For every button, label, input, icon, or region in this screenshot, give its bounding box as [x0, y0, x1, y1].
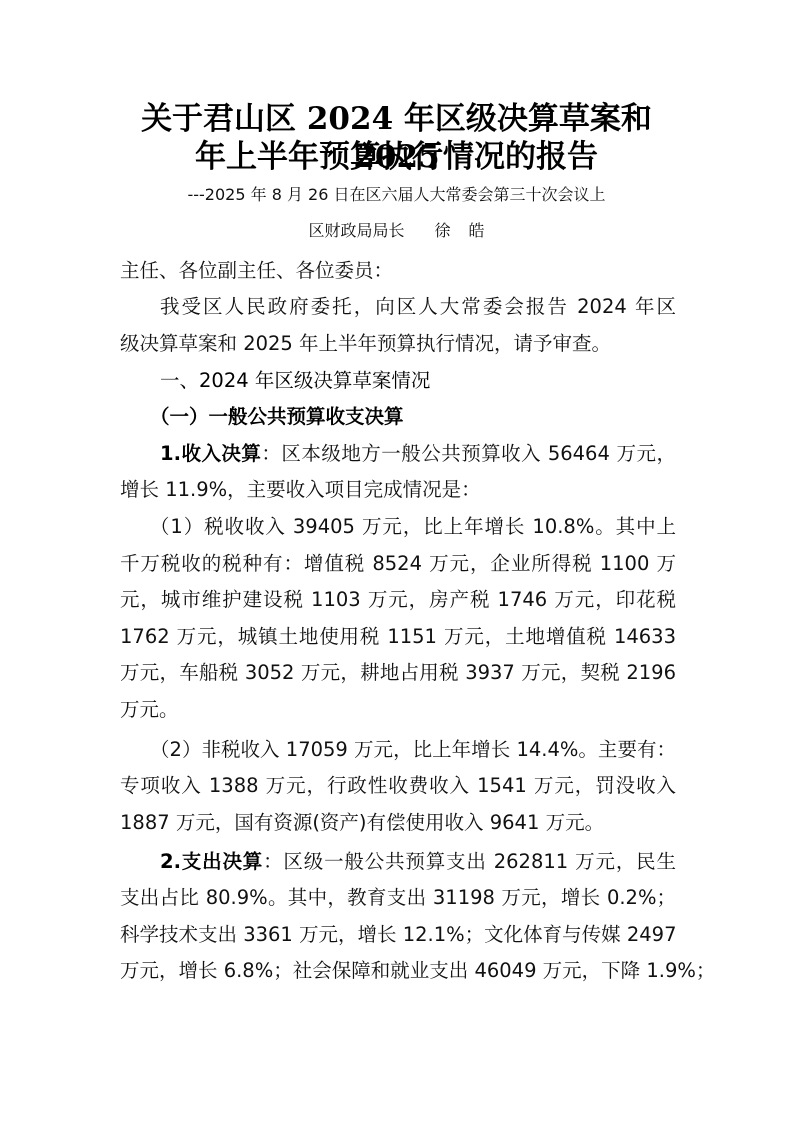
section-heading-1: 一、2024 年区级决算草案情况 [160, 365, 430, 393]
document-page: 关于君山区 2024 年区级决算草案和 2025 年上半年预算执行情况的报告 -… [0, 0, 793, 1122]
income-label: 1.收入决算 [160, 442, 261, 465]
income-line-1-text: ：区本级地方一般公共预算收入 56464 万元， [261, 442, 676, 465]
expenditure-label: 2.支出决算 [160, 850, 263, 873]
expenditure-line-2: 支出占比 80.9%。其中，教育支出 31198 万元，增长 0.2%； [120, 882, 676, 910]
intro-line-1: 我受区人民政府委托，向区人大常委会报告 2024 年区 [160, 291, 676, 319]
tax-income-line-6: 万元。 [120, 694, 676, 722]
meeting-subtitle: ---2025 年 8 月 26 日在区六届人大常委会第三十次会议上 [100, 183, 693, 207]
author-name-part-1: 徐 [434, 221, 450, 240]
intro-line-2: 级决算草案和 2025 年上半年预算执行情况，请予审查。 [120, 328, 676, 356]
tax-income-line-1: （1）税收收入 39405 万元，比上年增长 10.8%。其中上 [150, 511, 676, 539]
expenditure-line-1-text: ：区级一般公共预算支出 262811 万元，民生 [263, 850, 676, 873]
author-line: 区财政局局长徐皓 [100, 219, 693, 243]
income-line-1: 1.收入决算：区本级地方一般公共预算收入 56464 万元， [160, 438, 676, 466]
subsection-heading-1: （一）一般公共预算收支决算 [150, 401, 404, 429]
tax-income-line-3: 元，城市维护建设税 1103 万元，房产税 1746 万元，印花税 [120, 584, 676, 612]
tax-income-line-2: 千万税收的税种有：增值税 8524 万元，企业所得税 1100 万 [120, 548, 676, 576]
tax-income-line-4: 1762 万元，城镇土地使用税 1151 万元，土地增值税 14633 [120, 621, 676, 649]
nontax-income-line-1: （2）非税收入 17059 万元，比上年增长 14.4%。主要有： [150, 734, 676, 762]
nontax-income-line-2: 专项收入 1388 万元，行政性收费收入 1541 万元，罚没收入 [120, 770, 676, 798]
author-name-part-2: 皓 [469, 221, 485, 240]
income-line-2: 增长 11.9%，主要收入项目完成情况是： [120, 474, 676, 502]
report-title-line-2: 年上半年预算执行情况的报告 [100, 138, 693, 176]
tax-income-line-5: 万元，车船税 3052 万元，耕地占用税 3937 万元，契税 2196 [120, 657, 676, 685]
expenditure-line-4: 万元，增长 6.8%；社会保障和就业支出 46049 万元，下降 1.9%； [120, 955, 676, 983]
author-role: 区财政局局长 [308, 221, 404, 240]
expenditure-line-3: 科学技术支出 3361 万元，增长 12.1%；文化体育与传媒 2497 [120, 919, 676, 947]
nontax-income-line-3: 1887 万元，国有资源(资产)有偿使用收入 9641 万元。 [120, 807, 676, 835]
salutation: 主任、各位副主任、各位委员： [120, 255, 676, 283]
expenditure-line-1: 2.支出决算：区级一般公共预算支出 262811 万元，民生 [160, 846, 676, 874]
